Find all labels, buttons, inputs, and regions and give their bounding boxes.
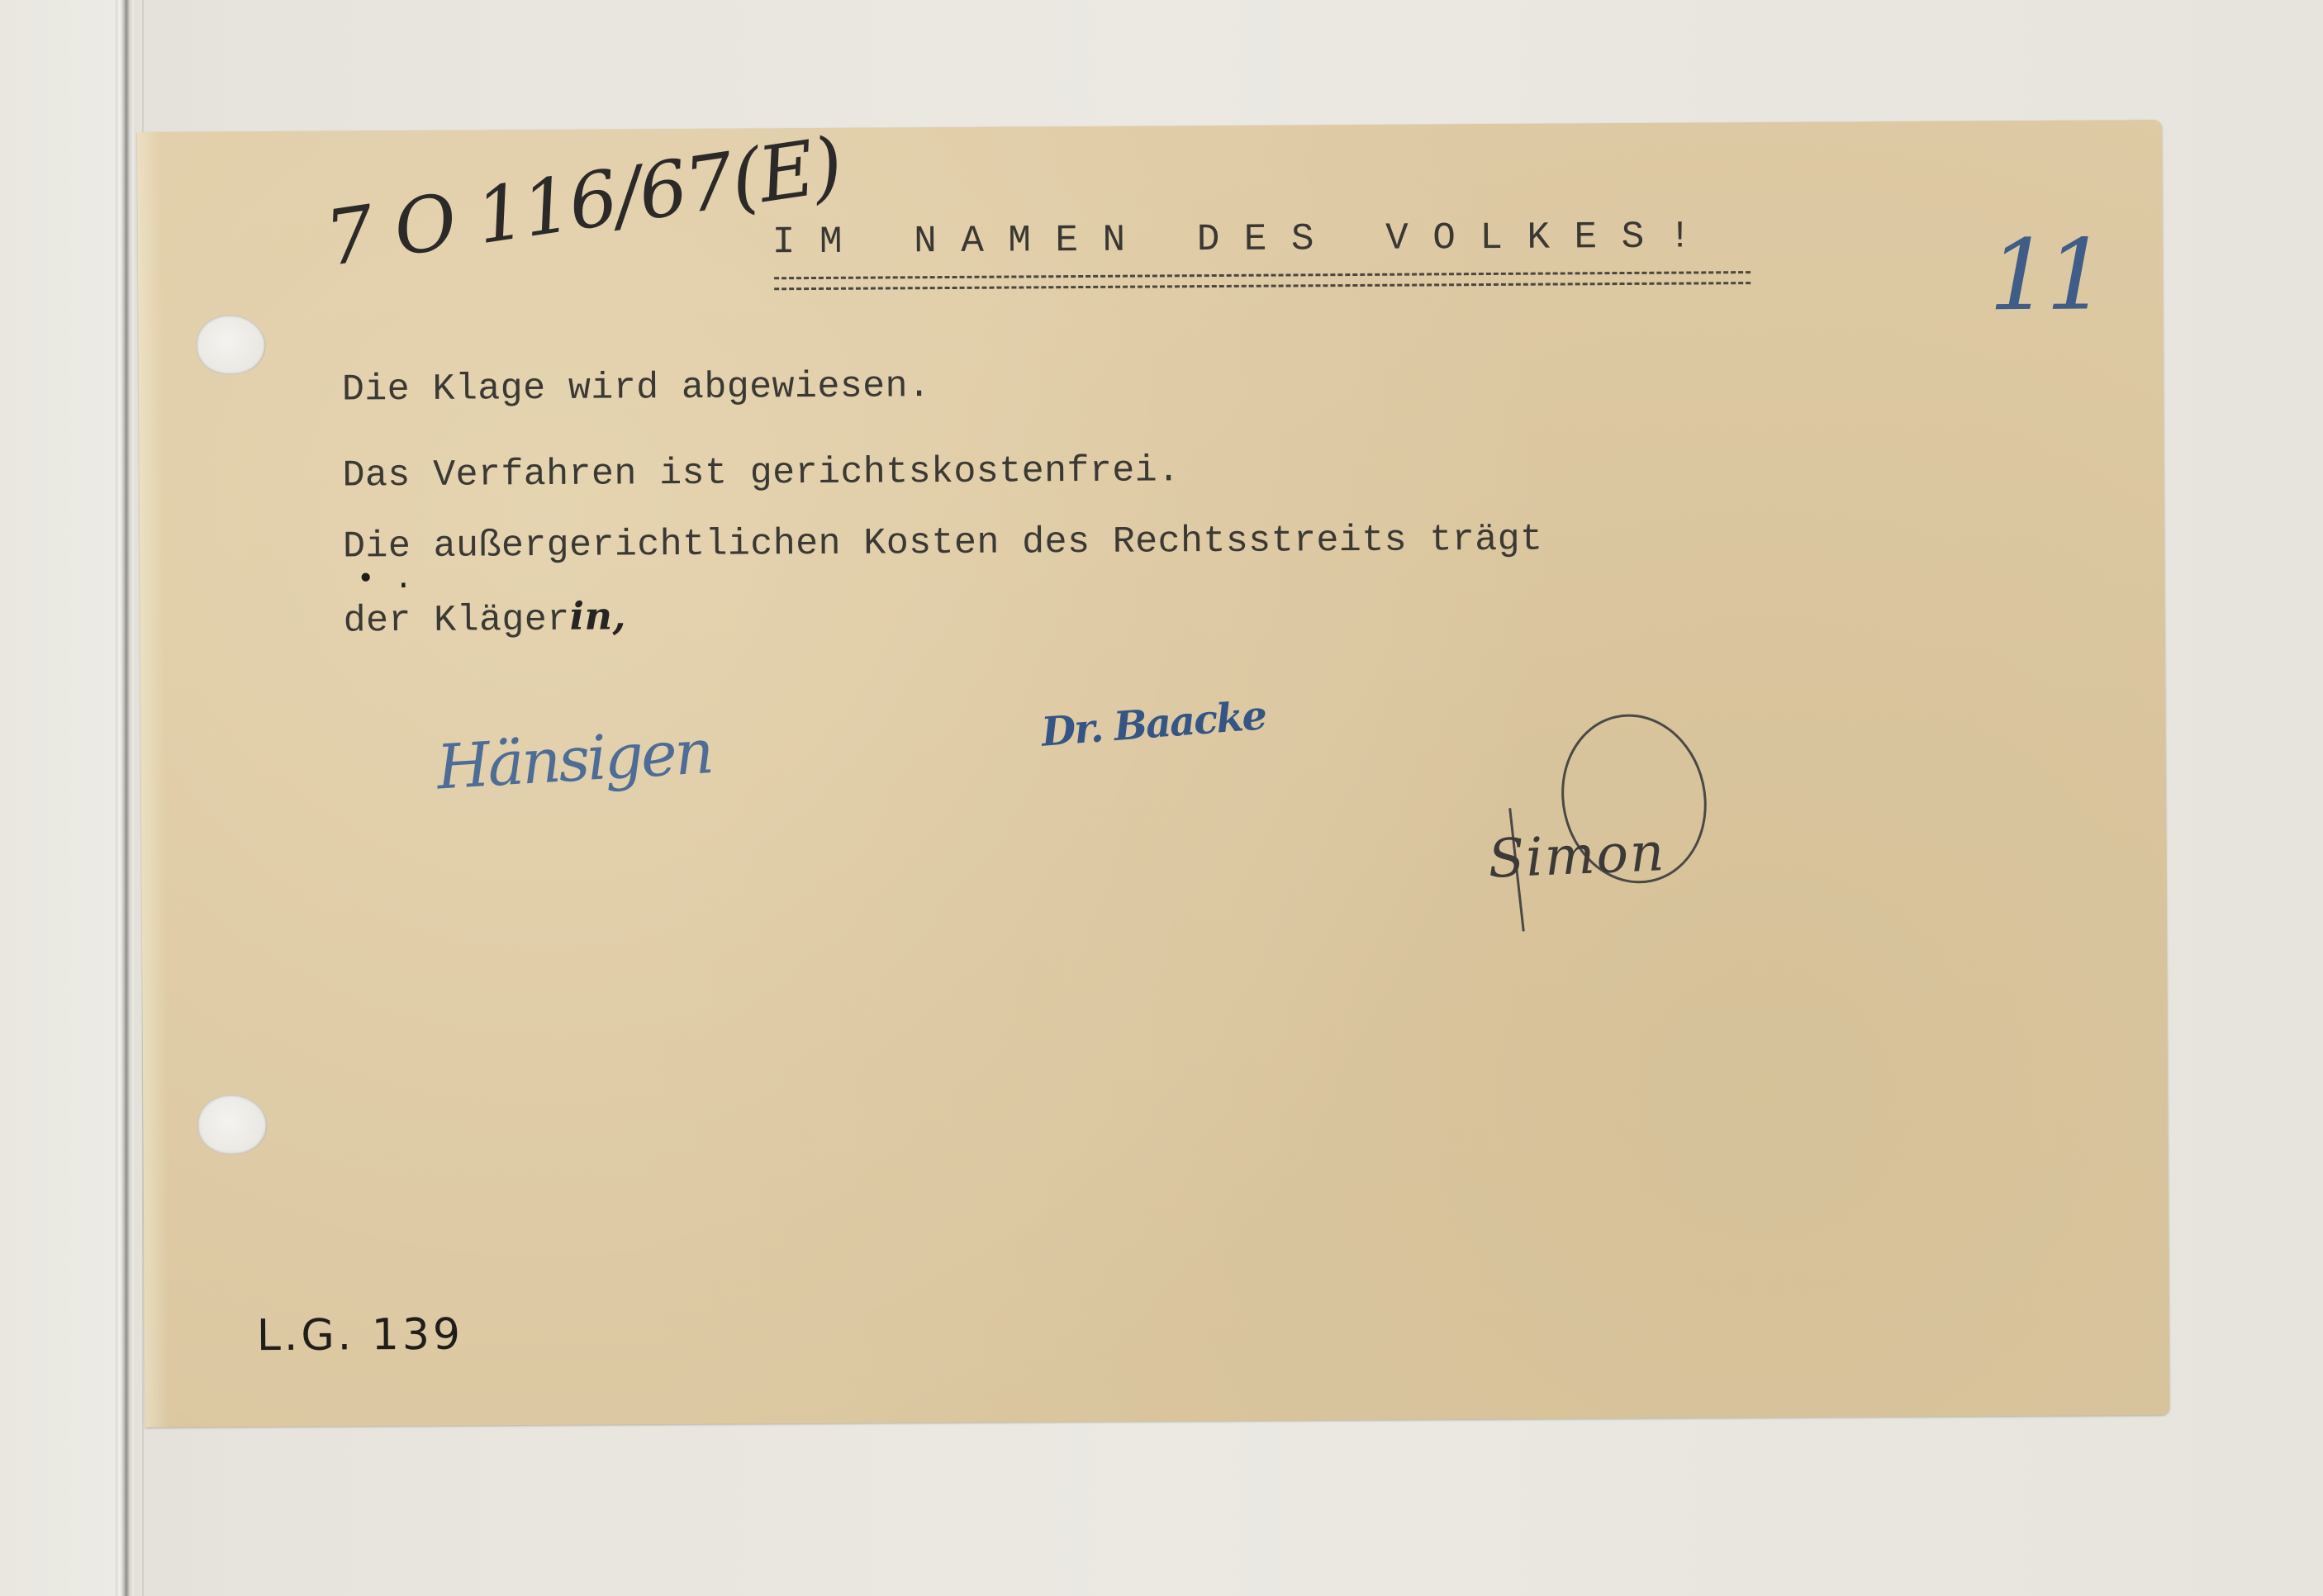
page-number: 11	[1988, 217, 2103, 332]
file-reference: 7 O 116/67(E)	[320, 121, 847, 283]
heading-double-underline	[774, 271, 1751, 290]
signature-judge-2: Dr. Baacke	[1040, 692, 1267, 755]
paragraph-dismissal: Die Klage wird abgewiesen.	[342, 365, 931, 411]
punch-hole-icon	[196, 315, 265, 375]
registry-note: L.G. 139	[257, 1310, 463, 1361]
court-judgment-page: 7 O 116/67(E) IM NAMEN DES VOLKES! 11 Di…	[137, 120, 2170, 1427]
signature-judge-3: Simon	[1487, 822, 1667, 891]
paragraph-costs-continued: der Klägerin,	[343, 593, 626, 642]
signature-judge-1: Hänsigen	[435, 716, 713, 803]
paragraph-court-fees: Das Verfahren ist gerichtskostenfrei.	[342, 449, 1180, 496]
page-heading: IM NAMEN DES VOLKES!	[772, 215, 1716, 264]
plastic-sleeve-edge	[116, 0, 134, 1596]
punch-hole-icon	[197, 1095, 267, 1155]
paragraph-costs: Die außergerichtlichen Kosten des Rechts…	[343, 519, 1543, 568]
paragraph-costs-continued-text: der Kläger	[343, 599, 569, 643]
handwritten-correction: in,	[569, 593, 625, 638]
